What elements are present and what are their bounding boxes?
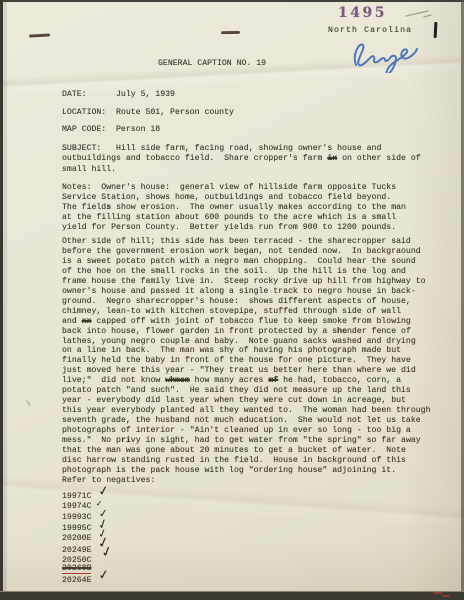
typed-line: before the government erosion work began… <box>62 247 431 257</box>
typed-line: chimney, lean-to with kitchen stovepipe,… <box>62 307 431 317</box>
field-map-code: MAP CODE:Person 18 <box>62 126 234 135</box>
staple-icon <box>29 33 50 37</box>
negative-item: 19993C✓ <box>62 511 115 522</box>
margin-smudge: ﹅ <box>23 397 34 407</box>
field-label: DATE: <box>62 91 116 100</box>
field-date: DATE:July 5, 1939 <box>62 91 234 100</box>
photographed-caption-sheet: 1495 North Carolina ﹅ GENERAL CAPTION NO… <box>0 0 464 600</box>
state-label: North Carolina <box>328 26 412 35</box>
typed-line: photographs of interior - "Ain't cleaned… <box>62 426 431 436</box>
typed-line: mess." No privy in sight, had to get wat… <box>62 436 431 446</box>
typed-line: Service Station, shows home, outbuilding… <box>62 193 406 203</box>
typed-line: photograph is the pack house with log "o… <box>62 466 431 476</box>
field-value: Route 501, Person county <box>116 108 234 117</box>
body-paragraph: Other side of hill; this side has been t… <box>62 237 431 476</box>
photo-edge <box>0 0 464 2</box>
checkmark-icon: ✓ <box>98 570 110 582</box>
typed-line: potato patch "and such". He said they di… <box>62 386 431 396</box>
overtyped-text: ri <box>121 436 131 445</box>
paper: 1495 North Carolina ﹅ GENERAL CAPTION NO… <box>0 0 464 600</box>
typed-line: small hill. <box>62 165 421 175</box>
negative-number: 19971C <box>62 492 91 501</box>
typed-line: year - everybody did last year when they… <box>62 396 431 406</box>
negative-item: 20250C✓ <box>62 553 115 564</box>
typed-line: The fields show erosion. The owner usual… <box>62 203 406 213</box>
refer-to-negatives-label: Refer to negatives: <box>62 476 155 485</box>
overtyped-text: s <box>106 203 111 212</box>
signature-lange <box>348 37 432 73</box>
corner-red-mark <box>433 592 449 598</box>
typed-line: of the hoe on the small rocks in the soi… <box>62 267 431 277</box>
page-title: GENERAL CAPTION NO. 19 <box>158 59 266 68</box>
typed-line: Notes: Owner's house: general view of hi… <box>62 183 406 193</box>
struck-out-text: xx <box>82 317 92 326</box>
negatives-list: 19971C✓19974C✓19993C✓19995C✓20200E✓20249… <box>62 490 115 585</box>
typed-line: owner's house and passed it along a sing… <box>62 287 431 297</box>
subject-section: SUBJECT: Hill side farm, facing road, sh… <box>62 144 421 175</box>
typed-line: seventh grade, the husband not much educ… <box>62 416 431 426</box>
struck-out-text: ix <box>327 154 337 163</box>
field-label: LOCATION: <box>62 109 116 118</box>
overtyped-text: he <box>337 327 347 336</box>
photo-edge <box>3 0 7 600</box>
negative-item: 20264E✓ <box>62 574 115 585</box>
checkmark-icon: ✓ <box>98 486 111 498</box>
typed-line: live;" did not know whmcm how many acres… <box>62 376 431 386</box>
typed-line: just moved here this year - "They treat … <box>62 366 431 376</box>
notes-paragraph: Notes: Owner's house: general view of hi… <box>62 183 406 233</box>
typed-line: at the filling station about 600 pounds … <box>62 213 406 223</box>
field-value: Person 18 <box>116 125 160 134</box>
field-location: LOCATION:Route 501, Person county <box>62 109 234 118</box>
struck-out-text: mf <box>268 376 278 385</box>
typed-line: outbuildings and tobacco field. Share cr… <box>62 154 421 164</box>
negative-item: 19971C✓ <box>62 490 115 501</box>
struck-out-text: whmcm <box>165 376 190 385</box>
negative-number: 20264E <box>62 576 91 585</box>
typed-line: ground. Negro sharecropper's house: show… <box>62 297 431 307</box>
negative-number: 20200E <box>62 534 91 543</box>
typed-line: is a sweet potato patch with a negro man… <box>62 257 431 267</box>
staple-icon <box>221 31 240 34</box>
typed-line: yield for Person County. Better yields r… <box>62 223 406 233</box>
field-label: MAP CODE: <box>62 126 116 135</box>
photo-edge <box>0 591 464 600</box>
pencil-mark <box>404 7 436 21</box>
typed-line: back into house, flower garden in front … <box>62 327 431 337</box>
typed-line: SUBJECT: Hill side farm, facing road, sh… <box>62 144 421 154</box>
negative-number: 19974C <box>62 502 91 511</box>
typed-line: and xx capped off with joint of tobacco … <box>62 317 431 327</box>
typed-line: on a line in back. The man was shy of ha… <box>62 346 431 356</box>
typed-line: this year everybody planted all they wan… <box>62 406 431 416</box>
stamp-number: 1495 <box>338 5 387 21</box>
negative-item: 19995C✓ <box>62 522 115 533</box>
typed-line: that the man was gone about 20 minutes t… <box>62 446 431 456</box>
typed-line: finally held the baby in front of the ho… <box>62 356 431 366</box>
pen-mark <box>434 22 437 38</box>
typed-line: frame house the family live in. Steep ro… <box>62 277 431 287</box>
typed-line: lathes, young negro couple and baby. Not… <box>62 337 431 347</box>
negative-number: 19993C <box>62 513 91 522</box>
fields-section: DATE:July 5, 1939 LOCATION:Route 501, Pe… <box>62 91 234 144</box>
typed-line: disc harrow standing rusted in the field… <box>62 456 431 466</box>
typed-line: Other side of hill; this side has been t… <box>62 237 431 247</box>
negative-number-struck: 20268B <box>62 564 91 574</box>
field-value: July 5, 1939 <box>116 90 175 99</box>
